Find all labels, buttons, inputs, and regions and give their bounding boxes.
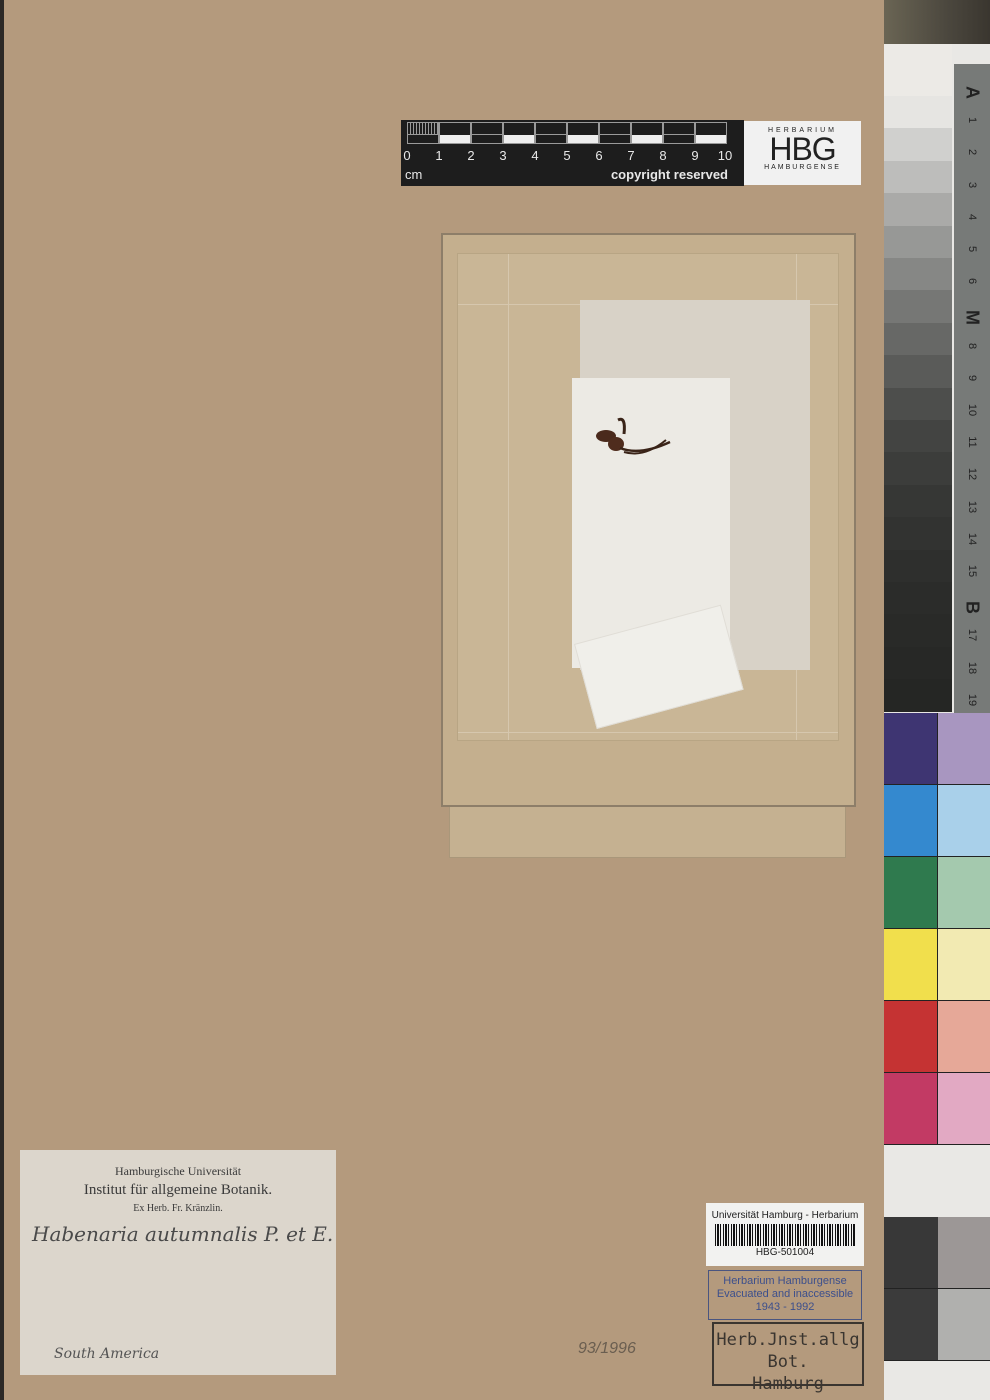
ruler-label: 18	[966, 650, 978, 686]
scale-tick-label: 0	[403, 148, 410, 163]
scale-tick-label: 7	[627, 148, 634, 163]
ruler-label: 8	[966, 328, 978, 364]
color-patch	[884, 929, 938, 1001]
scale-numbers: 0 1 2 3 4 5 6 7 8 9 10	[401, 148, 744, 164]
gray-patch	[938, 1289, 990, 1361]
gray-step	[884, 128, 952, 160]
barcode-title: Universität Hamburg - Herbarium	[706, 1210, 864, 1221]
gray-step	[884, 258, 952, 290]
gray-step	[884, 226, 952, 258]
ruler-label: 5	[966, 231, 978, 267]
color-calibration-chart: A123456M89101112131415B171819	[884, 44, 990, 1400]
ruler-label: 6	[966, 263, 978, 299]
gray-step	[884, 193, 952, 225]
packet-inner	[457, 253, 839, 741]
scale-tick-label: 2	[467, 148, 474, 163]
gray-step	[884, 647, 952, 679]
stamp-line: 1943 - 1992	[709, 1301, 861, 1314]
scale-tick-label: 4	[531, 148, 538, 163]
evacuation-stamp: Herbarium Hamburgense Evacuated and inac…	[708, 1270, 862, 1320]
stamp-line: Evacuated and inaccessible	[709, 1288, 861, 1301]
ruler-label: 3	[966, 167, 978, 203]
scale-tick-label: 1	[435, 148, 442, 163]
label-taxon-name: Habenaria autumnalis P. et E.	[32, 1222, 333, 1246]
gray-step	[884, 96, 952, 128]
scale-tick-label: 10	[718, 148, 732, 163]
gray-step	[884, 485, 952, 517]
color-patch	[938, 713, 990, 785]
label-locality: South America	[54, 1346, 159, 1362]
herbarium-logo: HERBARIUM HBG HAMBURGENSE	[744, 121, 861, 185]
gray-step	[884, 420, 952, 452]
color-patch	[884, 1001, 938, 1073]
barcode-id: HBG-501004	[706, 1247, 864, 1258]
ruler-label: 9	[966, 360, 978, 396]
color-patch	[884, 857, 938, 929]
gray-step	[884, 355, 952, 387]
gray-patch	[938, 1217, 990, 1289]
color-patch	[938, 785, 990, 857]
background-shadow	[884, 0, 990, 44]
logo-bottom-text: HAMBURGENSE	[744, 164, 861, 171]
gray-patch	[884, 1217, 938, 1289]
gray-step	[884, 550, 952, 582]
gray-scale-ruler: A123456M89101112131415B171819	[954, 64, 990, 729]
ruler-label: 11	[966, 424, 978, 460]
scale-tick-label: 8	[659, 148, 666, 163]
ruler-label: 12	[966, 456, 978, 492]
barcode-icon	[715, 1224, 855, 1246]
gray-step	[884, 614, 952, 646]
ruler-label: 4	[966, 199, 978, 235]
gray-step	[884, 161, 952, 193]
scale-tick-label: 3	[499, 148, 506, 163]
scale-tick-label: 5	[563, 148, 570, 163]
ruler-label: 17	[966, 617, 978, 653]
scale-tick-label: 9	[691, 148, 698, 163]
institute-stamp: Herb.Jnst.allg Bot. Hamburg	[712, 1322, 864, 1386]
logo-mark: HBG	[744, 134, 861, 164]
color-patch	[938, 929, 990, 1001]
ruler-label: 14	[966, 521, 978, 557]
gray-step	[884, 388, 952, 420]
ruler-label: 15	[966, 553, 978, 589]
stamp-line: Herb.Jnst.allg Bot.	[714, 1329, 862, 1373]
gray-patch	[884, 1289, 938, 1361]
label-university: Hamburgische Universität	[20, 1164, 336, 1179]
scale-blocks	[407, 122, 727, 144]
color-patch	[938, 1073, 990, 1145]
pencil-accession-note: 93/1996	[578, 1340, 636, 1358]
scale-unit: cm	[405, 167, 422, 182]
gray-step	[884, 323, 952, 355]
specimen-label: Hamburgische Universität Institut für al…	[20, 1150, 336, 1375]
sheet-edge	[0, 0, 4, 1400]
ruler-label: 2	[966, 134, 978, 170]
color-patch	[884, 713, 938, 785]
specimen-packet	[441, 233, 856, 807]
label-collection: Ex Herb. Fr. Kränzlin.	[20, 1203, 336, 1214]
gray-step	[884, 679, 952, 711]
ruler-label: 13	[966, 489, 978, 525]
gray-step	[884, 290, 952, 322]
ruler-label: 10	[966, 392, 978, 428]
stamp-line: Hamburg	[714, 1373, 862, 1395]
stamp-line: Herbarium Hamburgense	[709, 1275, 861, 1288]
color-patch	[938, 1001, 990, 1073]
color-patch	[884, 785, 938, 857]
ruler-label: 1	[966, 102, 978, 138]
color-patch	[938, 857, 990, 929]
gray-step	[884, 517, 952, 549]
copyright-notice: copyright reserved	[611, 167, 728, 182]
scale-tick-label: 6	[595, 148, 602, 163]
barcode-label: Universität Hamburg - Herbarium HBG-5010…	[706, 1203, 864, 1266]
orchid-specimen-icon	[590, 414, 680, 464]
gray-step	[884, 452, 952, 484]
white-patch	[884, 44, 952, 96]
scale-bar: 0 1 2 3 4 5 6 7 8 9 10 cm copyright rese…	[401, 120, 744, 186]
label-institute: Institut für allgemeine Botanik.	[20, 1182, 336, 1199]
color-patch	[884, 1073, 938, 1145]
gray-step	[884, 582, 952, 614]
